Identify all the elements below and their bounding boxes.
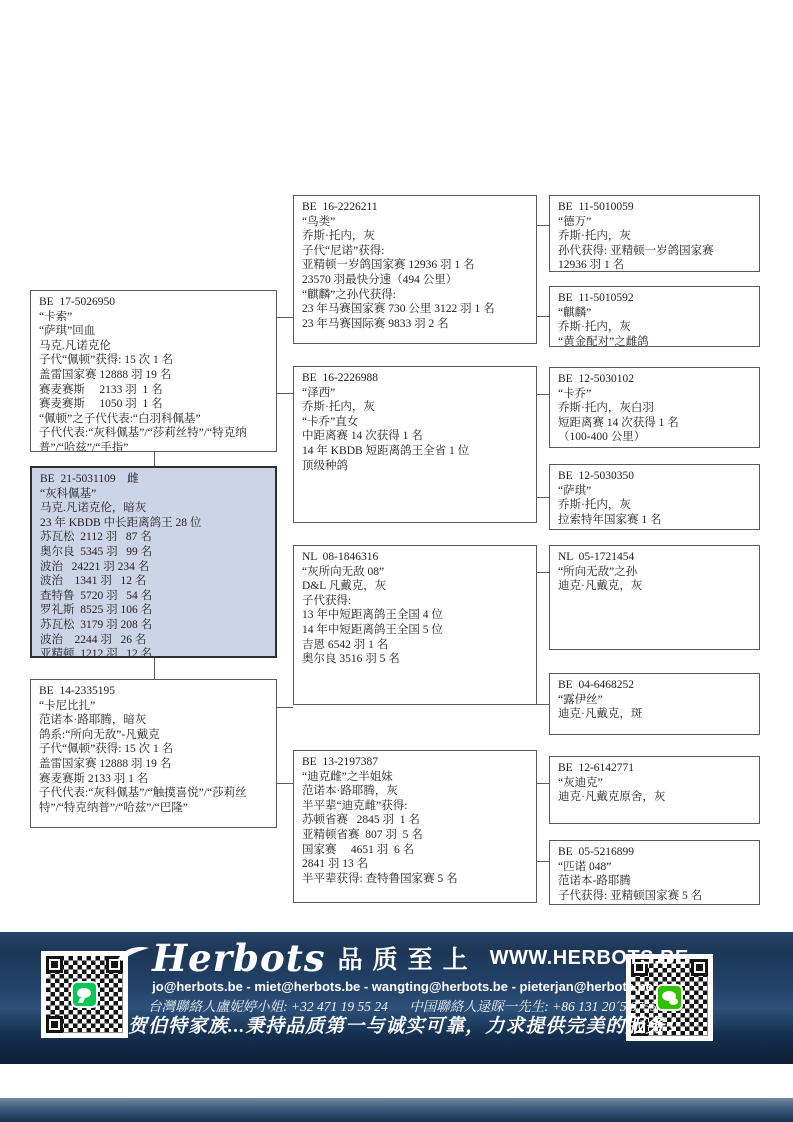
pedigree-line: 顶级种鸽 — [302, 459, 528, 474]
pedigree-box-be-13-2197387: BE 13-2197387 “迪克雌”之半姐妹范诺本·路耶腾，灰半平辈“迪克雌”… — [293, 750, 537, 903]
pedigree-line: 奥尔良 5345 羽 99 名 — [40, 545, 267, 560]
qr-finder — [46, 956, 63, 973]
ring-number: BE 05-5216899 — [558, 845, 751, 860]
connector-line — [537, 783, 549, 784]
connector-line — [537, 861, 549, 862]
pedigree-line: 波治 24221 羽 234 名 — [40, 560, 267, 575]
pedigree-box-lines: “露伊丝”迪克·凡戴克，斑 — [558, 693, 751, 722]
pedigree-line: “泽西” — [302, 386, 528, 401]
pedigree-box-lines: “卡尼比扎”范诺本·路耶腾，暗灰鸽系:“所向无敌”-凡戴克子代“佩顿”获得: 1… — [39, 699, 268, 816]
ring-number: NL 08-1846316 — [302, 550, 528, 565]
ring-number: BE 11-5010592 — [558, 291, 751, 306]
connector-line — [537, 497, 549, 498]
connector-line — [537, 394, 549, 395]
pedigree-line: 迪克·凡戴克原舍，灰 — [558, 790, 751, 805]
pedigree-box-be-05-5216899: BE 05-5216899 “匹诺 048”范诺本-路耶腾子代获得: 亚精顿国家… — [549, 840, 760, 905]
ring-number: BE 14-2335195 — [39, 684, 268, 699]
pedigree-line: 鸽系:“所向无敌”-凡戴克 — [39, 728, 268, 743]
pedigree-box-be-12-5030350: BE 12-5030350 “萨琪”乔斯·托内，灰拉索特年国家赛 1 名 — [549, 464, 760, 530]
pedigree-line: 波治 2244 羽 26 名 — [40, 633, 267, 648]
pedigree-line: 波治 1341 羽 12 名 — [40, 574, 267, 589]
pedigree-line: 23570 羽最快分速（494 公里） — [302, 273, 528, 288]
pedigree-line: “卡尼比扎” — [39, 699, 268, 714]
pedigree-line: “佩顿”之子代代表:“白羽科佩基” — [39, 412, 268, 427]
pedigree-box-lines: “卡乔”乔斯·托内，灰白羽短距离赛 14 次获得 1 名（100-400 公里） — [558, 387, 751, 445]
pedigree-line: 罗礼斯 8525 羽 106 名 — [40, 603, 267, 618]
pedigree-line: “卡索” — [39, 310, 268, 325]
pedigree-line: 14 年中短距离鸽王全国 5 位 — [302, 623, 528, 638]
pedigree-line: 范诺本-路耶腾 — [558, 874, 751, 889]
pedigree-line: 子代代表:“灰科佩基”/“莎莉丝特”/“特克纳普”/“哈兹”/“手指” — [39, 426, 268, 452]
pedigree-line: 半平辈“迪克雌”获得: — [302, 799, 528, 814]
pedigree-box-be-12-5030102: BE 12-5030102 “卡乔”乔斯·托内，灰白羽短距离赛 14 次获得 1… — [549, 367, 760, 448]
connector-line — [537, 316, 549, 317]
pedigree-line: 23 年 KBDB 中长距离鸽王 28 位 — [40, 516, 267, 531]
pedigree-box-be-16-2226988: BE 16-2226988 “泽西”乔斯·托内，灰“卡乔”直女中距离赛 14 次… — [293, 366, 537, 523]
pedigree-line: “萨琪”回血 — [39, 324, 268, 339]
pedigree-page: BE 17-5026950 “卡索”“萨琪”回血马克.凡诺克伦子代“佩顿”获得:… — [0, 0, 793, 1122]
connector-line — [537, 572, 549, 573]
pedigree-line: 子代“尼诺”获得: — [302, 244, 528, 259]
pedigree-box-lines: “德万”乔斯·托内，灰孙代获得: 亚精顿一岁鸽国家赛12936 羽 1 名 — [558, 215, 751, 272]
connector-line — [277, 783, 293, 784]
pedigree-line: “所向无敌”之孙 — [558, 565, 751, 580]
pedigree-line: “卡乔” — [558, 387, 751, 402]
footer-website: WWW.HERBOTS.BE — [490, 947, 689, 970]
footer-slogan: 贺伯特家族...秉持品质第一与诚实可靠，力求提供完美的服务！ — [128, 1011, 676, 1038]
qr-pattern — [46, 956, 123, 1033]
pedigree-box-lines: “鸟类”乔斯·托内，灰子代“尼诺”获得:亚精顿一岁鸽国家赛 12936 羽 1 … — [302, 215, 528, 332]
pedigree-line: 奥尔良 3516 羽 5 名 — [302, 652, 528, 667]
pedigree-line: “萨琪” — [558, 484, 751, 499]
pedigree-line: “麒麟”之孙代获得: — [302, 288, 528, 303]
pedigree-line: 乔斯·托内，灰 — [558, 498, 751, 513]
ring-number: BE 21-5031109 雌 — [40, 472, 267, 487]
pedigree-line: “灰科佩基” — [40, 487, 267, 502]
pedigree-line: 查特鲁 5720 羽 54 名 — [40, 589, 267, 604]
pedigree-line: 子代获得: 亚精顿国家赛 5 名 — [558, 889, 751, 904]
page-bottom-strip — [0, 1098, 793, 1122]
pedigree-line: 国家赛 4651 羽 6 名 — [302, 843, 528, 858]
ring-number: BE 12-5030102 — [558, 372, 751, 387]
feather-icon — [116, 943, 150, 965]
pedigree-line: 2841 羽 13 名 — [302, 857, 528, 872]
pedigree-line: 拉索特年国家赛 1 名 — [558, 513, 751, 528]
pedigree-line: 23 年马赛国际赛 9833 羽 2 名 — [302, 317, 528, 332]
pedigree-line: 苏顿省赛 2845 羽 1 名 — [302, 813, 528, 828]
pedigree-box-lines: “所向无敌”之孙迪克·凡戴克，灰 — [558, 565, 751, 594]
pedigree-line: 赛麦赛斯 1050 羽 1 名 — [39, 397, 268, 412]
qr-finder — [46, 1016, 63, 1033]
footer-tagline: 品质至上 — [338, 940, 478, 976]
pedigree-box-lines: “麒麟”乔斯·托内，灰“黄金配对”之雌鸽 — [558, 306, 751, 347]
pedigree-line: “灰所向无敌 08” — [302, 565, 528, 580]
pedigree-line: 短距离赛 14 次获得 1 名 — [558, 416, 751, 431]
pedigree-box-lines: “萨琪”乔斯·托内，灰拉索特年国家赛 1 名 — [558, 484, 751, 528]
ring-number: BE 13-2197387 — [302, 755, 528, 770]
pedigree-line: 马克.凡诺克伦，暗灰 — [40, 501, 267, 516]
pedigree-box-be-17-5026950: BE 17-5026950 “卡索”“萨琪”回血马克.凡诺克伦子代“佩顿”获得:… — [30, 290, 277, 452]
pedigree-box-be-11-5010592: BE 11-5010592 “麒麟”乔斯·托内，灰“黄金配对”之雌鸽 — [549, 286, 760, 347]
pedigree-line: 子代“佩顿”获得: 15 次 1 名 — [39, 742, 268, 757]
pedigree-line: 孙代获得: 亚精顿一岁鸽国家赛 — [558, 244, 751, 259]
pedigree-box-be-21-5031109-subject: BE 21-5031109 雌 “灰科佩基”马克.凡诺克伦，暗灰23 年 KBD… — [30, 466, 277, 658]
pedigree-box-lines: “迪克雌”之半姐妹范诺本·路耶腾，灰半平辈“迪克雌”获得:苏顿省赛 2845 羽… — [302, 770, 528, 887]
pedigree-box-lines: “灰所向无敌 08”D&L 凡戴克，灰子代获得:13 年中短距离鸽王全国 4 位… — [302, 565, 528, 667]
pedigree-line: 子代“佩顿”获得: 15 次 1 名 — [39, 353, 268, 368]
connector-line — [154, 452, 155, 466]
pedigree-line: “德万” — [558, 215, 751, 230]
pedigree-line: 亚精顿省赛 807 羽 5 名 — [302, 828, 528, 843]
qr-code-line — [41, 951, 128, 1038]
connector-line — [277, 393, 293, 394]
pedigree-line: 迪克·凡戴克，灰 — [558, 579, 751, 594]
pedigree-line: “匹诺 048” — [558, 860, 751, 875]
pedigree-box-be-04-6468252: BE 04-6468252 “露伊丝”迪克·凡戴克，斑 — [549, 673, 760, 735]
pedigree-line: 范诺本·路耶腾，暗灰 — [39, 713, 268, 728]
pedigree-line: 乔斯·托内，灰 — [302, 229, 528, 244]
pedigree-box-be-14-2335195: BE 14-2335195 “卡尼比扎”范诺本·路耶腾，暗灰鸽系:“所向无敌”-… — [30, 679, 277, 828]
pedigree-box-be-12-6142771: BE 12-6142771 “灰迪克”迪克·凡戴克原舍，灰 — [549, 756, 760, 824]
connector-line — [277, 317, 293, 318]
connector-line — [537, 225, 549, 226]
ring-number: BE 12-6142771 — [558, 761, 751, 776]
pedigree-line: 14 年 KBDB 短距离鸽王全省 1 位 — [302, 444, 528, 459]
pedigree-line: 赛麦赛斯 2133 羽 1 名 — [39, 772, 268, 787]
pedigree-line: 盖雷国家赛 12888 羽 19 名 — [39, 368, 268, 383]
pedigree-box-lines: “灰迪克”迪克·凡戴克原舍，灰 — [558, 776, 751, 805]
pedigree-box-be-16-2226211: BE 16-2226211 “鸟类”乔斯·托内，灰子代“尼诺”获得:亚精顿一岁鸽… — [293, 195, 537, 344]
pedigree-line: “麒麟” — [558, 306, 751, 321]
pedigree-line: 13 年中短距离鸽王全国 4 位 — [302, 608, 528, 623]
pedigree-line: 亚精顿 1212 羽 12 名 — [40, 647, 267, 658]
pedigree-box-lines: “泽西”乔斯·托内，灰“卡乔”直女中距离赛 14 次获得 1 名14 年 KBD… — [302, 386, 528, 474]
pedigree-box-be-11-5010059: BE 11-5010059 “德万”乔斯·托内，灰孙代获得: 亚精顿一岁鸽国家赛… — [549, 195, 760, 272]
pedigree-line: 苏瓦松 3179 羽 208 名 — [40, 618, 267, 633]
pedigree-line: 吉恩 6542 羽 1 名 — [302, 638, 528, 653]
pedigree-line: 乔斯·托内，灰白羽 — [558, 401, 751, 416]
ring-number: NL 05-1721454 — [558, 550, 751, 565]
pedigree-line: D&L 凡戴克，灰 — [302, 579, 528, 594]
pedigree-line: “迪克雌”之半姐妹 — [302, 770, 528, 785]
pedigree-line: 子代代表:“灰科佩基”/“触摸喜悦”/“莎莉丝特”/“特克纳普”/“哈兹”/“巴… — [39, 786, 268, 815]
ring-number: BE 12-5030350 — [558, 469, 751, 484]
pedigree-line: 12936 羽 1 名 — [558, 258, 751, 272]
ring-number: BE 04-6468252 — [558, 678, 751, 693]
pedigree-line: “灰迪克” — [558, 776, 751, 791]
pedigree-box-lines: “卡索”“萨琪”回血马克.凡诺克伦子代“佩顿”获得: 15 次 1 名盖雷国家赛… — [39, 310, 268, 452]
ring-number: BE 16-2226988 — [302, 371, 528, 386]
pedigree-line: 半平辈获得: 查特鲁国家赛 5 名 — [302, 872, 528, 887]
pedigree-line: 23 年马赛国家赛 730 公里 3122 羽 1 名 — [302, 302, 528, 317]
pedigree-line: 范诺本·路耶腾，灰 — [302, 784, 528, 799]
pedigree-line: （100-400 公里） — [558, 430, 751, 445]
pedigree-line: 盖雷国家赛 12888 羽 19 名 — [39, 757, 268, 772]
pedigree-box-nl-08-1846316: NL 08-1846316 “灰所向无敌 08”D&L 凡戴克，灰子代获得:13… — [293, 545, 537, 705]
pedigree-line: 苏瓦松 2112 羽 87 名 — [40, 530, 267, 545]
pedigree-line: 亚精顿一岁鸽国家赛 12936 羽 1 名 — [302, 258, 528, 273]
pedigree-line: “露伊丝” — [558, 693, 751, 708]
pedigree-line: “鸟类” — [302, 215, 528, 230]
pedigree-line: 子代获得: — [302, 594, 528, 609]
connector-line — [154, 658, 155, 679]
pedigree-line: “卡乔”直女 — [302, 415, 528, 430]
ring-number: BE 16-2226211 — [302, 200, 528, 215]
connector-line — [277, 707, 293, 708]
pedigree-box-lines: “灰科佩基”马克.凡诺克伦，暗灰23 年 KBDB 中长距离鸽王 28 位苏瓦松… — [40, 487, 267, 658]
pedigree-box-lines: “匹诺 048”范诺本-路耶腾子代获得: 亚精顿国家赛 5 名 — [558, 860, 751, 904]
pedigree-line: 乔斯·托内，灰 — [558, 229, 751, 244]
pedigree-line: 马克.凡诺克伦 — [39, 339, 268, 354]
pedigree-line: 赛麦赛斯 2133 羽 1 名 — [39, 383, 268, 398]
qr-finder — [691, 959, 708, 976]
pedigree-box-nl-05-1721454: NL 05-1721454 “所向无敌”之孙迪克·凡戴克，灰 — [549, 545, 760, 650]
footer-emails: jo@herbots.be - miet@herbots.be - wangti… — [140, 979, 665, 994]
pedigree-line: 乔斯·托内，灰 — [558, 320, 751, 335]
pedigree-line: “黄金配对”之雌鸽 — [558, 335, 751, 347]
pedigree-line: 乔斯·托内，灰 — [302, 400, 528, 415]
footer-brand-row: Herbots 品质至上 WWW.HERBOTS.BE — [140, 938, 665, 978]
herbots-logo: Herbots — [116, 936, 325, 980]
ring-number: BE 17-5026950 — [39, 295, 268, 310]
connector-line — [537, 704, 549, 705]
pedigree-line: 中距离赛 14 次获得 1 名 — [302, 429, 528, 444]
brand-text: Herbots — [152, 936, 325, 980]
line-icon — [71, 981, 98, 1008]
ring-number: BE 11-5010059 — [558, 200, 751, 215]
pedigree-line: 迪克·凡戴克，斑 — [558, 707, 751, 722]
